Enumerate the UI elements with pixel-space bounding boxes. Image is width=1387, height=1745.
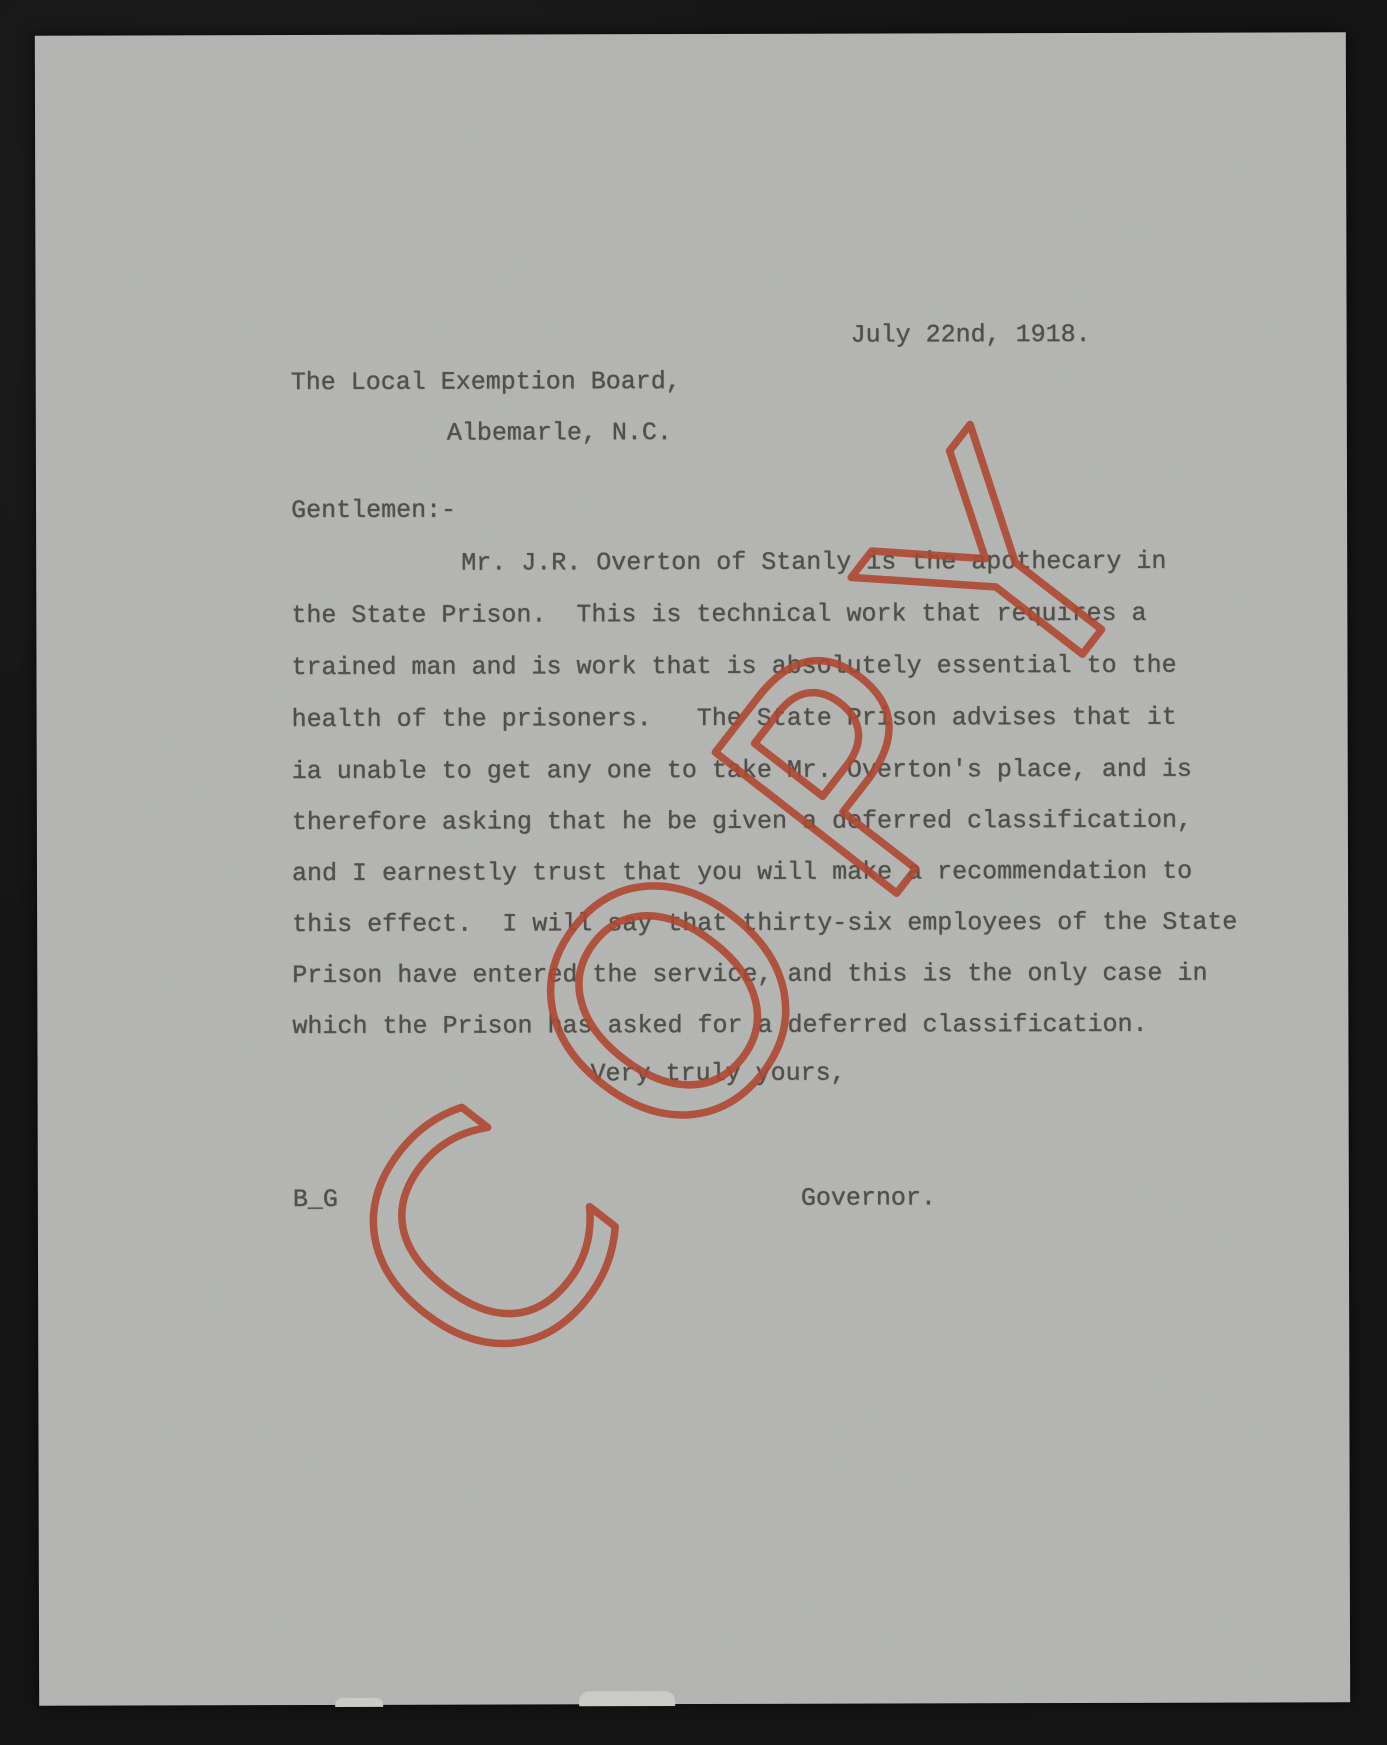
letter-page: July 22nd, 1918. The Local Exemption Boa…: [35, 32, 1350, 1705]
body-line: this effect. I will say that thirty-six …: [292, 909, 1237, 938]
paper-tear: [335, 1698, 383, 1707]
typist-initials: B_G: [293, 1186, 338, 1213]
signer-title: Governor.: [801, 1184, 936, 1211]
paper-tear: [579, 1691, 675, 1706]
closing-line: Very truly yours,: [591, 1060, 846, 1088]
body-line: the State Prison. This is technical work…: [291, 600, 1146, 629]
body-line: therefore asking that he be given a defe…: [292, 807, 1192, 836]
body-line: ia unable to get any one to take Mr. Ove…: [292, 756, 1192, 785]
body-line: and I earnestly trust that you will make…: [292, 858, 1192, 887]
body-line: Mr. J.R. Overton of Stanly is the apothe…: [461, 548, 1166, 577]
body-line: trained man and is work that is absolute…: [291, 652, 1176, 681]
recipient-line-1: The Local Exemption Board,: [291, 368, 681, 396]
body-line: Prison have entered the service, and thi…: [292, 960, 1207, 989]
body-line: which the Prison has asked for a deferre…: [292, 1011, 1147, 1040]
letter-date: July 22nd, 1918.: [851, 321, 1091, 349]
salutation: Gentlemen:-: [291, 497, 456, 524]
recipient-line-2: Albemarle, N.C.: [447, 419, 672, 447]
body-line: health of the prisoners. The State Priso…: [292, 704, 1177, 733]
